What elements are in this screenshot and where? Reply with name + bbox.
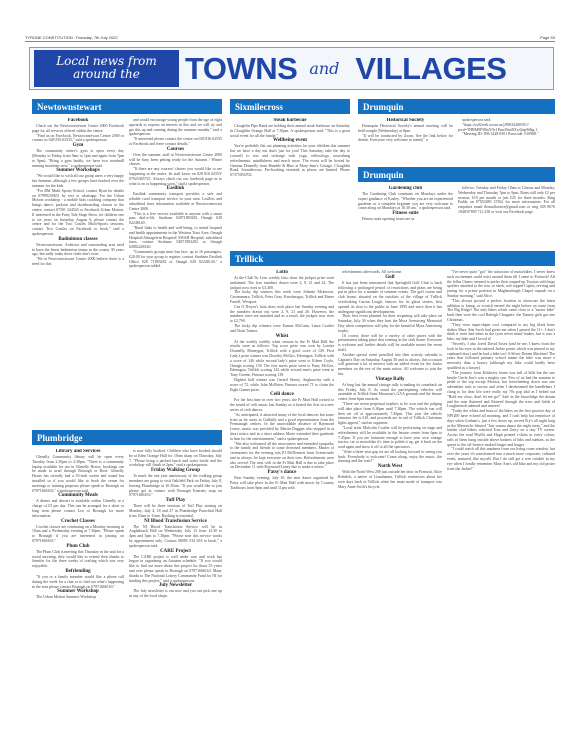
drumquin-1-column-1: Historical SocietyDrumquin Historical So… <box>358 118 453 166</box>
section-bar-drumquin-1: Drumquin <box>358 99 555 114</box>
article-paragraph: "Meeting ID: 896 3428 0501 Passcode: 010… <box>458 132 555 137</box>
section-banner: Local news from around the TOWNS and VIL… <box>29 47 554 90</box>
article-paragraph: It has just been announced that Springhi… <box>338 281 442 315</box>
article-paragraph: "We at Newtownstewart Centre 2000 believ… <box>32 257 124 267</box>
article-paragraph: "https://us02web.zoom.us/j/89634280501?p… <box>458 123 555 133</box>
article-paragraph: and would encourage young people from th… <box>129 118 222 137</box>
page-header: TYRONE CONSTITUTION -Thursday, 7th July … <box>25 32 555 42</box>
article-paragraph: "We would like to wish all our group use… <box>32 174 124 188</box>
article-paragraph: "Find us on Facebook, Newtownstewart Cen… <box>32 134 124 144</box>
article-paragraph: "She also welcomed all the newcomers and… <box>230 442 334 471</box>
article-paragraph: The July newsletter is out now and you c… <box>129 589 222 599</box>
banner-script-block: Local news from around the <box>34 50 179 87</box>
article-paragraph: "As anticipated, it attracted many of th… <box>230 413 334 442</box>
drumquin-2-column-1: Gardening clubThe Gardening Club continu… <box>358 186 453 250</box>
article-paragraph: The NI Blood Transfusion Service will be… <box>129 525 222 549</box>
section-bar-sixmilecross: Sixmilecross <box>230 99 350 114</box>
article-paragraph: Easilink community transport provides a … <box>129 192 222 211</box>
article-paragraph: "I could watch all this madness from our… <box>447 447 555 471</box>
section-bar-trillick: Trillick <box>230 251 555 266</box>
article-paragraph: Crochet classes are continuing on a Mond… <box>32 525 124 544</box>
article-paragraph: is now fully booked. Children who have b… <box>129 449 222 468</box>
section-bar-plumbridge: Plumbridge <box>32 430 222 445</box>
article-paragraph: For the first time in over two years, th… <box>230 398 334 412</box>
article-paragraph: Newtownstewart, Ardstraw and surrounding… <box>32 243 124 257</box>
article-paragraph: "Rural links to health and well-being, t… <box>129 226 222 250</box>
article-paragraph: "If you or a family member would like a … <box>32 575 124 589</box>
article-paragraph: The Gardening Club continues on Mondays … <box>358 192 453 211</box>
article-paragraph: Glenelly Community library will be open … <box>32 455 124 493</box>
article-paragraph: "There are seven perpetual trophies to b… <box>338 402 442 426</box>
article-paragraph: "I've never quite "got" the attraction o… <box>447 270 555 299</box>
section-bar-newtownstewart: Newtownstewart <box>32 99 222 114</box>
article-paragraph: "Community groups mini bus hire, up to 1… <box>129 250 222 269</box>
article-paragraph: "After a three-year gap we are all looki… <box>338 450 442 464</box>
article-paragraph: The lucky dip winners were Eamon McCann,… <box>230 324 334 334</box>
article-paragraph: Their first event planned for their reop… <box>338 314 442 333</box>
article-paragraph: There will be three sessions of Tuff Pla… <box>129 504 222 518</box>
article-paragraph: Cloughfin Pipe Band are holding their an… <box>230 124 350 138</box>
article-paragraph: Another special event pencilled into the… <box>338 353 442 377</box>
newtownstewart-column-2: and would encourage young people from th… <box>129 118 222 428</box>
drumquin-2-column-2: follows: Tuesday and Friday 10am to 12no… <box>458 186 555 250</box>
article-paragraph: The community centre's gym is open every… <box>32 149 124 168</box>
sixmilecross-column: Steak barbecueCloughfin Pipe Band are ho… <box>230 118 350 248</box>
trillick-column-2: refreshments afterwards. All welcome.Gol… <box>338 270 442 720</box>
article-paragraph: "Secretly, I also loved David Essex (and… <box>447 342 555 371</box>
article-paragraph: The lucky dip winners this week were Joh… <box>230 290 334 304</box>
page-number: Page 53 <box>540 35 555 40</box>
trillick-column-1: LottoAt the Club Tir Lenc weekly lotto d… <box>230 270 334 720</box>
article-paragraph: "Today the whizz and buzz of the bikes o… <box>447 409 555 447</box>
article-paragraph: Of course, there will be a variety of ot… <box>338 334 442 353</box>
article-paragraph: Fitness suite opening hours are as <box>358 217 453 222</box>
article-paragraph: "They were super-duper cool compared to … <box>447 323 555 342</box>
article-paragraph: "If there are any courses/ classes you w… <box>129 167 222 186</box>
article-paragraph: Drumquin Historical Society's annual mee… <box>358 124 453 134</box>
article-paragraph: The Plum Club is meeting this Thursday i… <box>32 550 124 569</box>
article-paragraph: Highest half winner was Gerard Sherry, A… <box>230 378 334 392</box>
plumbridge-column-1: Library and ServicesGlenelly Community l… <box>32 449 124 729</box>
article-paragraph: "This always proved a perfect location t… <box>447 299 555 323</box>
newtownstewart-column-1: FacebookCheck out the Newtownstewart Cen… <box>32 118 124 428</box>
article-paragraph: "It will be conducted by Zoom. See the l… <box>358 134 453 144</box>
article-paragraph: "This is a free service available to any… <box>129 212 222 226</box>
article-paragraph: To mark the one year anniversary of the … <box>129 474 222 498</box>
article-paragraph: Over the summer, staff at Newtownstewart… <box>129 153 222 167</box>
article-paragraph: A dinner and dessert is available within… <box>32 499 124 518</box>
banner-line-2: around the <box>34 68 179 81</box>
article-paragraph: At the Club Tir Lenc weekly lotto draw t… <box>230 276 334 290</box>
article-paragraph: Next Sunday evening, July 10, the next d… <box>230 476 334 490</box>
drumquin-1-column-2: spokesperson said."https://us02web.zoom.… <box>458 118 555 166</box>
article-paragraph: "If interested please contact the centre… <box>129 137 222 147</box>
article-paragraph: "The journey from Kilskeery home was ful… <box>447 371 555 409</box>
article-paragraph: Check out the Newtownstewart Centre 2000… <box>32 124 124 134</box>
article-paragraph: The CARE project is well under way and w… <box>129 555 222 584</box>
article-paragraph: follows: Tuesday and Friday 10am to 12no… <box>458 186 555 215</box>
article-paragraph: At the weekly weekly whist session in th… <box>230 340 334 378</box>
article-paragraph: With the North West 200 just outside her… <box>338 470 442 489</box>
banner-and: and <box>309 59 339 78</box>
article-paragraph: You're probably flat out planning activi… <box>230 144 350 178</box>
article-paragraph: The Urban Motion Summer Workshop <box>32 595 124 600</box>
publication-dateline: TYRONE CONSTITUTION -Thursday, 7th July … <box>25 35 118 40</box>
article-paragraph: At long last the annual vintage rally is… <box>338 383 442 402</box>
trillick-column-3: "I've never quite "got" the attraction o… <box>447 270 555 720</box>
banner-villages: VILLAGES <box>355 51 506 87</box>
article-paragraph: "Local artist Malcolm Coulter will be pe… <box>338 426 442 450</box>
section-bar-drumquin-2: Drumquin <box>358 167 555 182</box>
article-paragraph: Cea O Dwyer's lotto draw took place last… <box>230 305 334 324</box>
banner-towns: TOWNS <box>185 51 297 87</box>
article-paragraph: "For RM Multi Sports School, contact Rya… <box>32 189 124 237</box>
plumbridge-column-2: is now fully booked. Children who have b… <box>129 449 222 729</box>
